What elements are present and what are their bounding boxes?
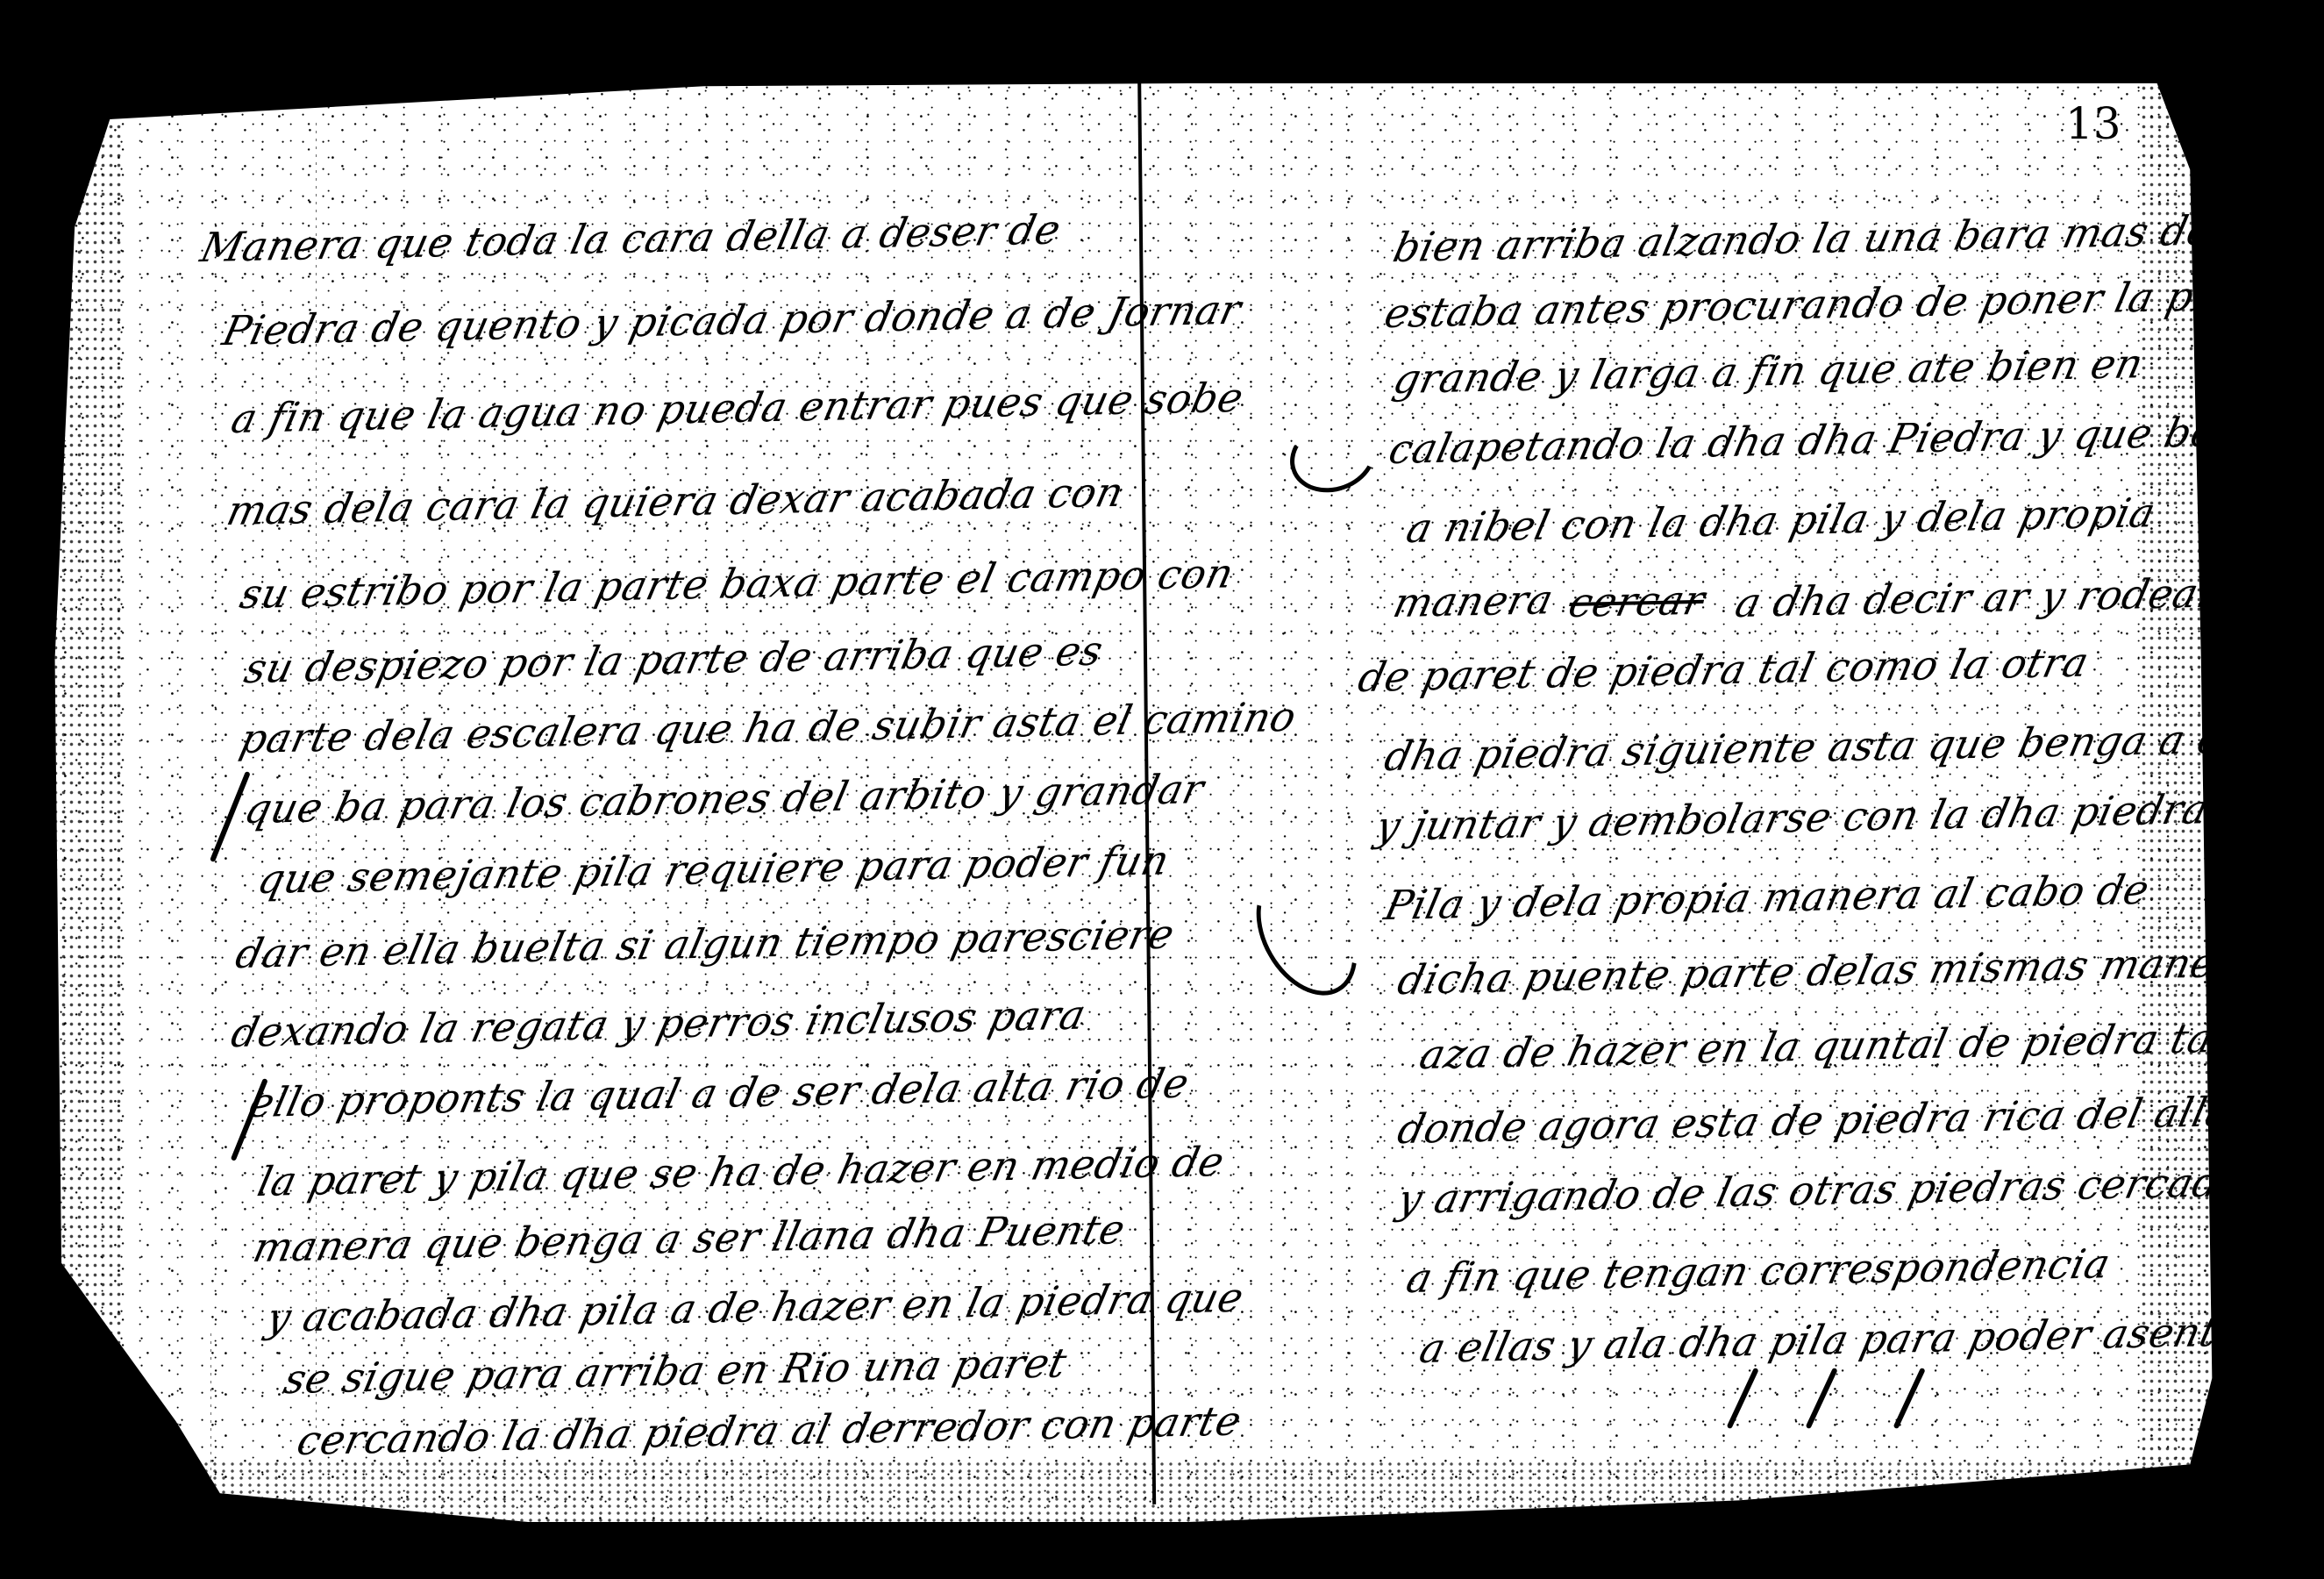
- corner-tab-shadow: [158, 1516, 241, 1579]
- struck-word: cercar: [1565, 576, 1709, 626]
- folio-number: 13: [2065, 98, 2121, 149]
- left-page-margin-ruling: [210, 1333, 211, 1509]
- manuscript-line-struck-word: cercar: [1565, 576, 1709, 626]
- manuscript-line: manera: [1389, 575, 1558, 626]
